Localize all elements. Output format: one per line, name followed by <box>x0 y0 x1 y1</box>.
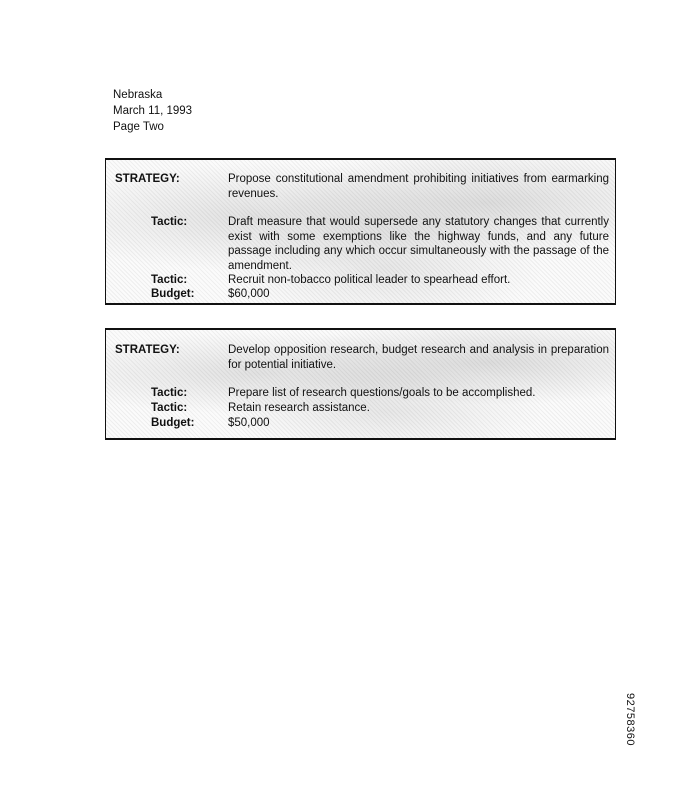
budget-value: $60,000 <box>228 287 609 302</box>
tactic-text: Retain research assistance. <box>228 401 609 416</box>
tactic-label: Tactic: <box>151 401 187 416</box>
tactic-label: Tactic: <box>151 273 187 288</box>
strategy-text: Develop opposition research, budget rese… <box>228 343 609 372</box>
document-number: 92758360 <box>624 693 636 753</box>
header-date: March 11, 1993 <box>113 103 192 119</box>
strategy-label: STRATEGY: <box>115 343 180 358</box>
tactic-text: Recruit non-tobacco political leader to … <box>228 273 609 288</box>
budget-label: Budget: <box>151 416 194 431</box>
tactic-text: Prepare list of research questions/goals… <box>228 386 609 401</box>
budget-label: Budget: <box>151 287 194 302</box>
tactic-label: Tactic: <box>151 215 187 230</box>
strategy-text: Propose constitutional amendment prohibi… <box>228 172 609 201</box>
tactic-label: Tactic: <box>151 386 187 401</box>
strategy-box-1: STRATEGY: Propose constitutional amendme… <box>105 158 616 305</box>
strategy-box-2: STRATEGY: Develop opposition research, b… <box>105 328 616 440</box>
header-page: Page Two <box>113 119 192 135</box>
header-state: Nebraska <box>113 87 192 103</box>
budget-value: $50,000 <box>228 416 609 431</box>
letter-header: Nebraska March 11, 1993 Page Two <box>113 87 192 135</box>
tactic-text: Draft measure that would supersede any s… <box>228 215 609 273</box>
strategy-label: STRATEGY: <box>115 172 180 187</box>
